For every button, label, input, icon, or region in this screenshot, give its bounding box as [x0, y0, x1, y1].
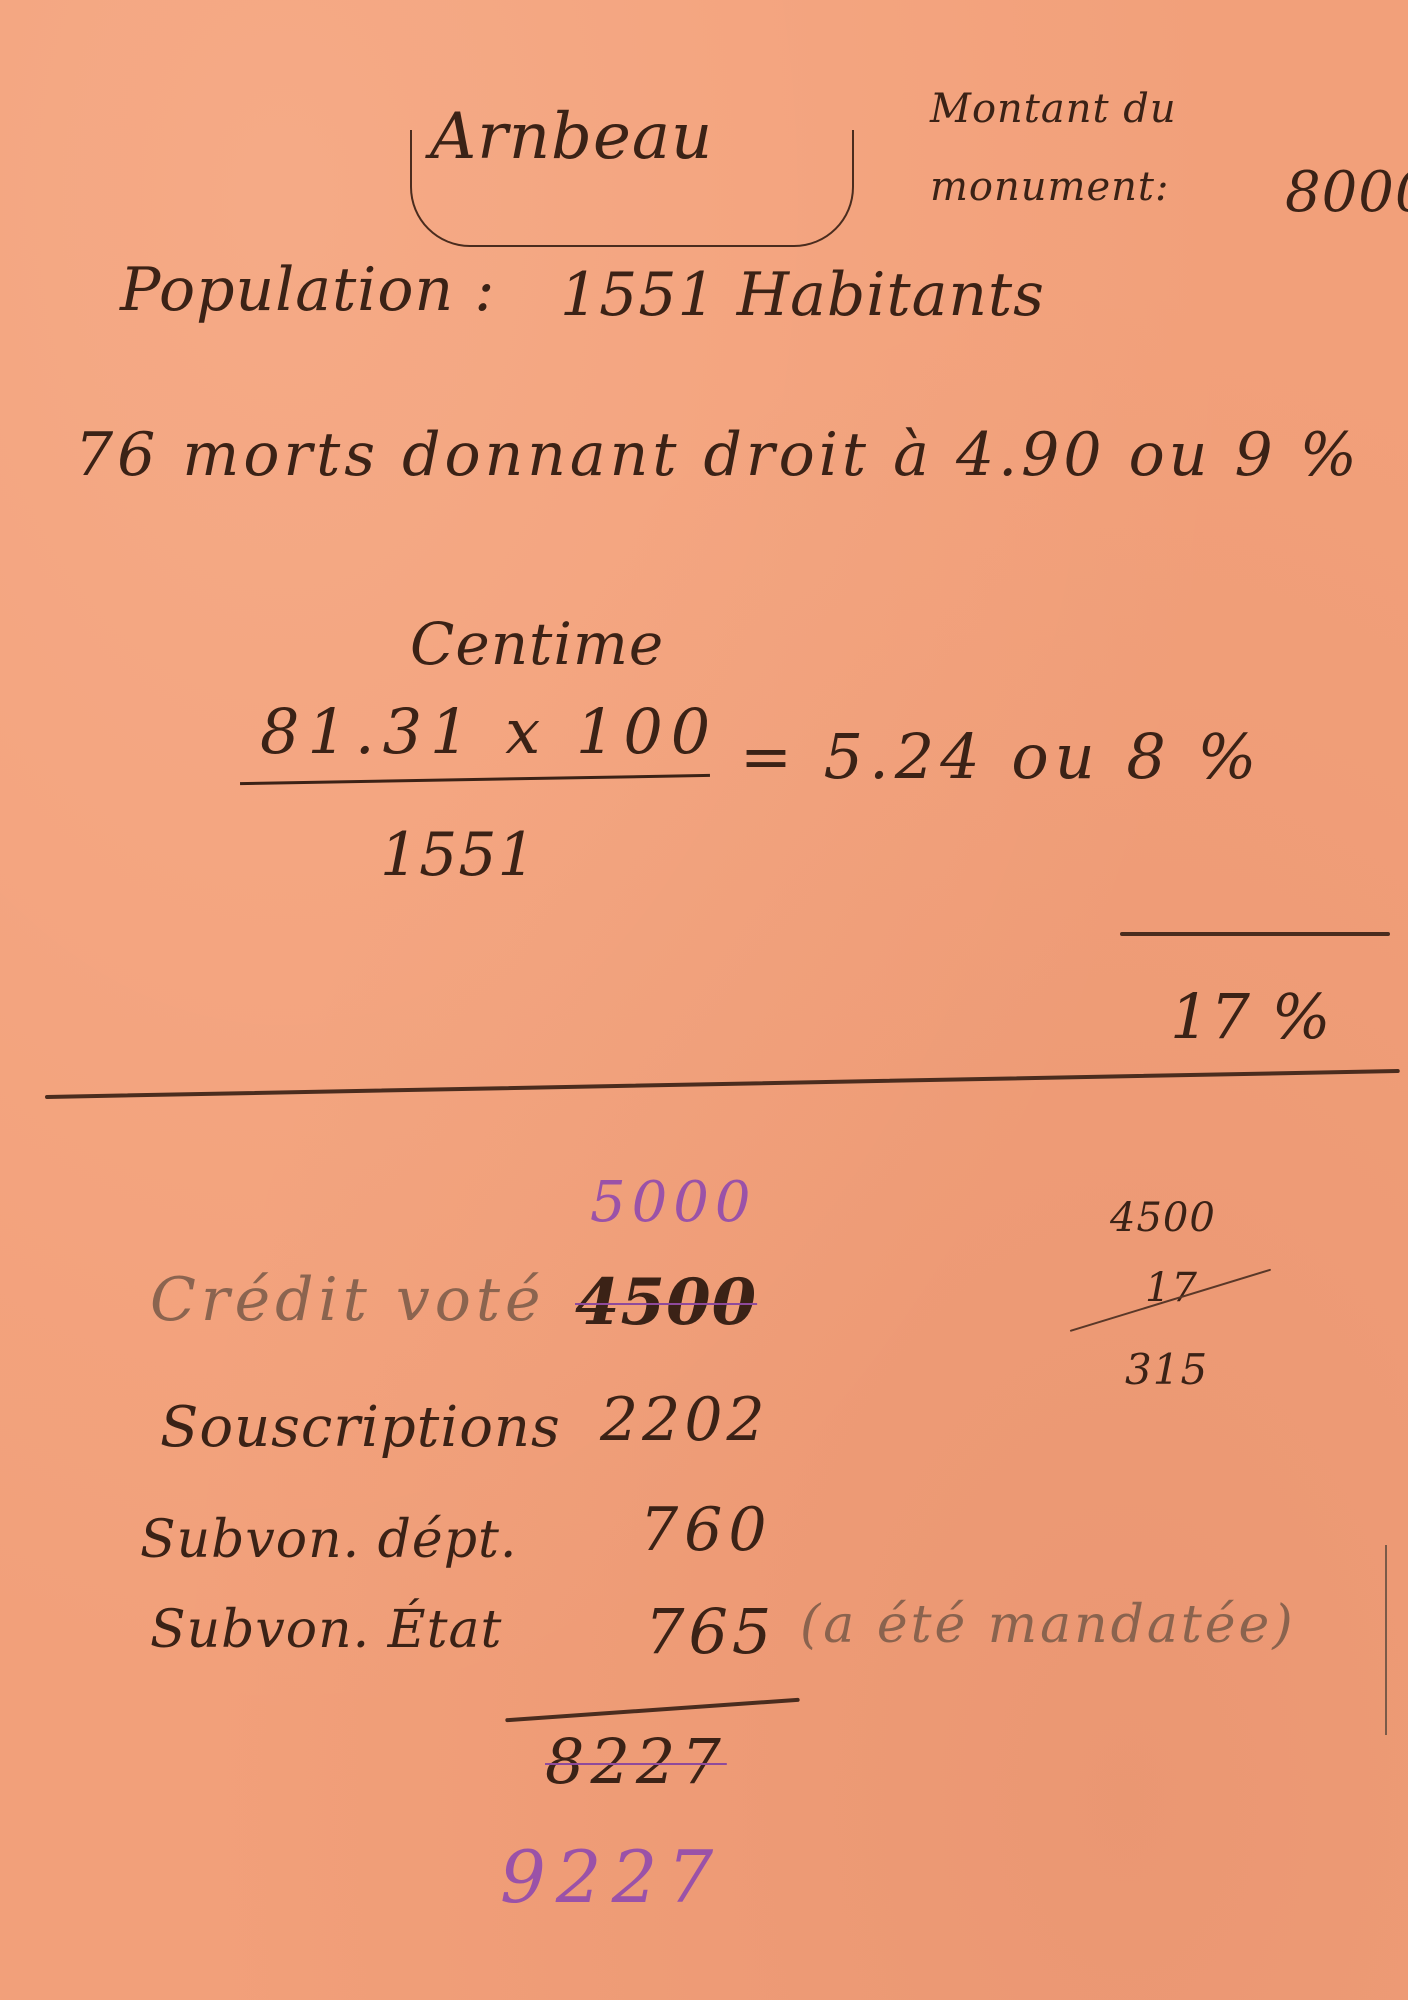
note-bracket	[1385, 1545, 1387, 1735]
total-percent: 17 %	[1170, 980, 1332, 1053]
deaths-line: 76 morts donnant droit à 4.90 ou 9 %	[75, 420, 1361, 490]
dept-subsidy-label: Subvon. dépt.	[140, 1510, 517, 1570]
population-label: Population :	[120, 255, 495, 325]
total-struck: 8227	[545, 1725, 727, 1798]
state-subsidy-label: Subvon. État	[150, 1600, 502, 1660]
subscriptions-label: Souscriptions	[160, 1395, 561, 1460]
credit-label: Crédit voté	[150, 1265, 546, 1335]
monument-cost-label: Montant du monument:	[930, 70, 1230, 226]
fraction-denominator: 1551	[380, 820, 537, 890]
credit-corrected-value: 5000	[590, 1170, 757, 1235]
side-calc-line1: 4500	[1110, 1195, 1216, 1241]
subscriptions-value: 2202	[600, 1385, 769, 1455]
total-corrected: 9227	[500, 1835, 723, 1919]
percent-sum-rule	[1120, 932, 1390, 936]
credit-value: 4500	[575, 1265, 757, 1340]
state-subsidy-value: 765	[645, 1595, 775, 1668]
monument-cost-value: 8000	[1285, 160, 1408, 225]
commune-oval	[410, 130, 854, 247]
centime-heading: Centime	[410, 610, 664, 678]
fraction-numerator: 81.31 x 100	[260, 695, 718, 768]
dept-subsidy-value: 760	[640, 1495, 773, 1565]
population-value: 1551 Habitants	[560, 260, 1045, 330]
side-calc-result: 315	[1125, 1345, 1208, 1394]
state-subsidy-note: (a été mandatée)	[800, 1595, 1296, 1655]
fraction-result: = 5.24 ou 8 %	[740, 720, 1262, 793]
